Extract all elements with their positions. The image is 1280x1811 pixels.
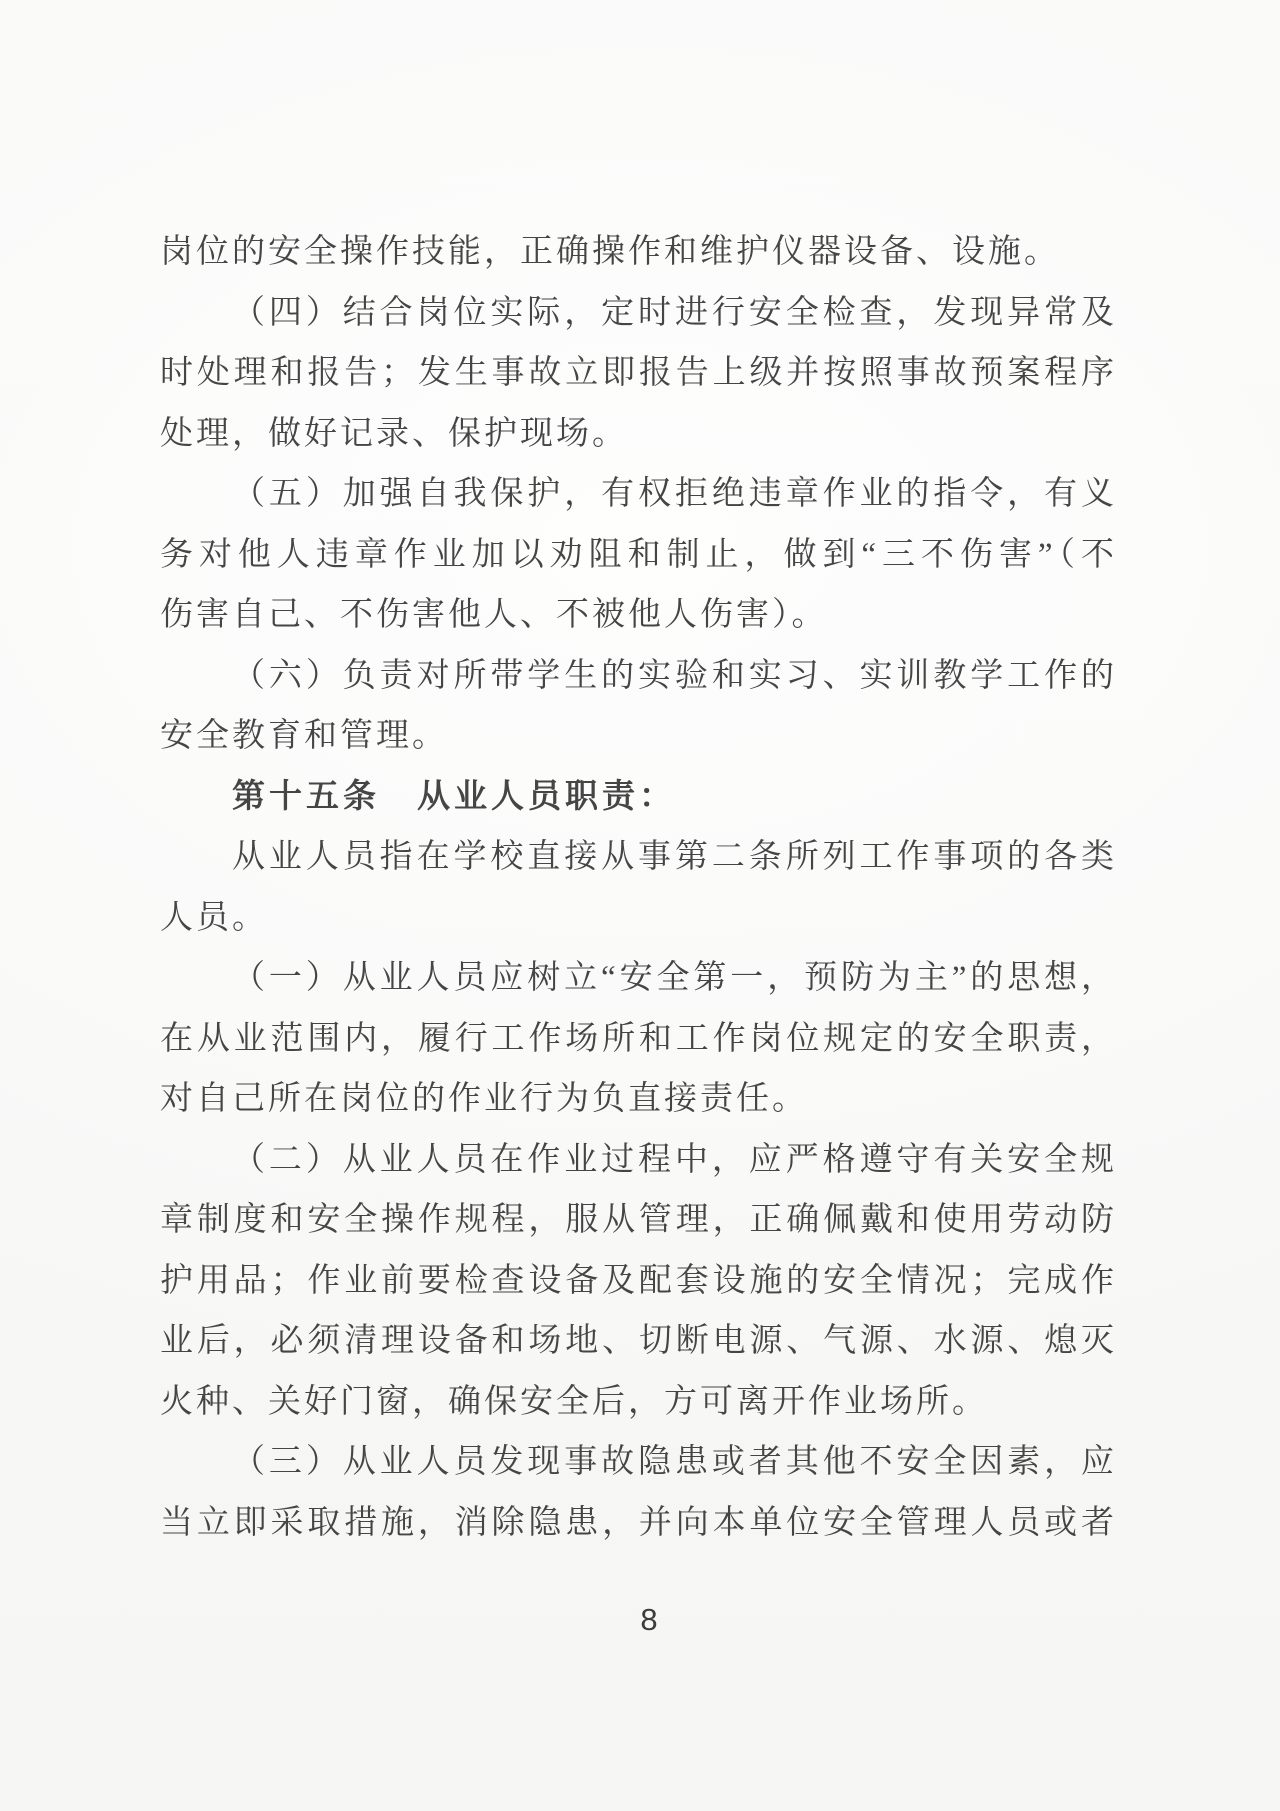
text-line: 护用品；作业前要检查设备及配套设施的安全情况；完成作 xyxy=(160,1251,1115,1312)
document-text-block: 岗位的安全操作技能，正确操作和维护仪器设备、设施。 （四）结合岗位实际，定时进行… xyxy=(160,222,1115,1553)
section-heading: 第十五条 从业人员职责： xyxy=(160,767,1115,828)
text-line: （一）从业人员应树立“安全第一，预防为主”的思想， xyxy=(160,948,1115,1009)
text-line: 伤害自己、不伤害他人、不被他人伤害）。 xyxy=(160,585,1115,646)
text-line: 处理，做好记录、保护现场。 xyxy=(160,404,1115,465)
page-number: 8 xyxy=(0,1598,1280,1642)
document-page: 岗位的安全操作技能，正确操作和维护仪器设备、设施。 （四）结合岗位实际，定时进行… xyxy=(0,0,1280,1811)
text-line: （四）结合岗位实际，定时进行安全检查，发现异常及 xyxy=(160,283,1115,344)
text-line: 时处理和报告；发生事故立即报告上级并按照事故预案程序 xyxy=(160,343,1115,404)
text-line: （六）负责对所带学生的实验和实习、实训教学工作的 xyxy=(160,646,1115,707)
text-line: 火种、关好门窗，确保安全后，方可离开作业场所。 xyxy=(160,1372,1115,1433)
text-line: 从业人员指在学校直接从事第二条所列工作事项的各类 xyxy=(160,827,1115,888)
text-line: 业后，必须清理设备和场地、切断电源、气源、水源、熄灭 xyxy=(160,1311,1115,1372)
text-line: 章制度和安全操作规程，服从管理，正确佩戴和使用劳动防 xyxy=(160,1190,1115,1251)
text-line: 安全教育和管理。 xyxy=(160,706,1115,767)
text-line: 人员。 xyxy=(160,888,1115,949)
text-line: 务对他人违章作业加以劝阻和制止，做到“三不伤害”（不 xyxy=(160,525,1115,586)
text-line: 岗位的安全操作技能，正确操作和维护仪器设备、设施。 xyxy=(160,222,1115,283)
text-line: 在从业范围内，履行工作场所和工作岗位规定的安全职责， xyxy=(160,1009,1115,1070)
text-line: （三）从业人员发现事故隐患或者其他不安全因素，应 xyxy=(160,1432,1115,1493)
text-line: 当立即采取措施，消除隐患，并向本单位安全管理人员或者 xyxy=(160,1493,1115,1554)
text-line: （二）从业人员在作业过程中，应严格遵守有关安全规 xyxy=(160,1130,1115,1191)
text-line: （五）加强自我保护，有权拒绝违章作业的指令，有义 xyxy=(160,464,1115,525)
text-line: 对自己所在岗位的作业行为负直接责任。 xyxy=(160,1069,1115,1130)
